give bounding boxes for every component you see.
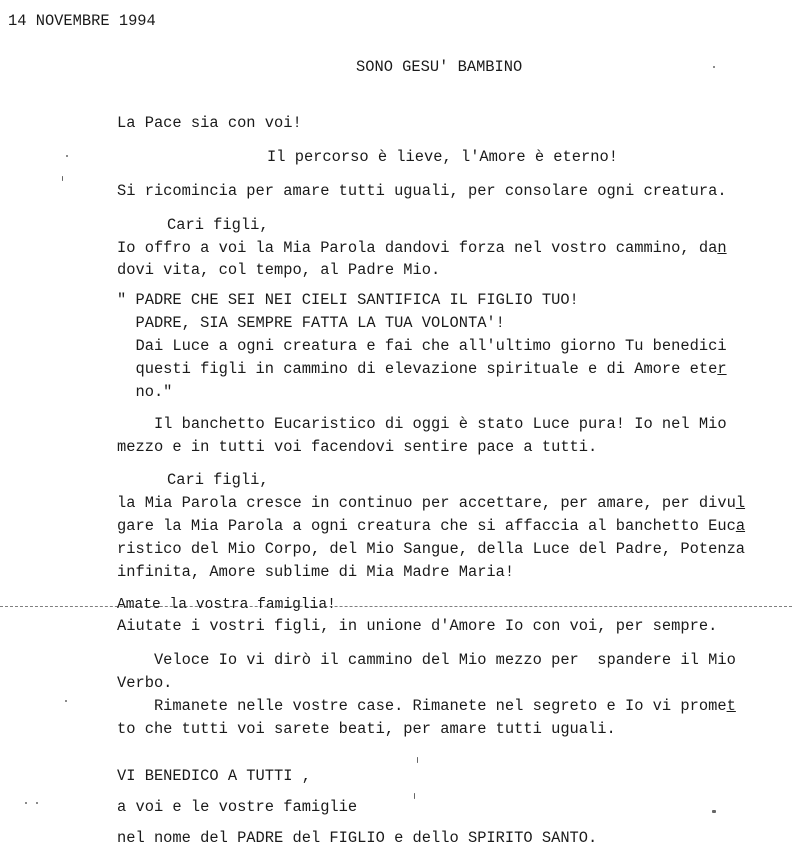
underlined-char: t — [727, 697, 736, 715]
salutation-2: Cari figli, — [167, 471, 269, 489]
scan-speck — [25, 802, 27, 804]
scan-speck — [713, 66, 715, 68]
underlined-char: n — [717, 239, 726, 257]
motto-line: Il percorso è lieve, l'Amore è eterno! — [267, 148, 618, 166]
underlined-char: a — [736, 517, 745, 535]
paragraph-5-line-2: to che tutti voi sarete beati, per amare… — [117, 720, 616, 738]
document-date: 14 NOVEMBRE 1994 — [8, 12, 156, 30]
scan-speck — [417, 757, 418, 763]
paragraph-4-line-2: Verbo. — [117, 674, 172, 692]
text-segment: la Mia Parola cresce in continuo per acc… — [117, 494, 736, 512]
paragraph-3-line-2: gare la Mia Parola a ogni creatura che s… — [117, 517, 745, 535]
paragraph-2-line-1: Il banchetto Eucaristico di oggi è stato… — [117, 415, 727, 433]
amate-line: Amate la vostra famiglia! — [117, 596, 336, 614]
document-title: SONO GESU' BAMBINO — [356, 58, 522, 76]
greeting-line: La Pace sia con voi! — [117, 114, 302, 132]
paragraph-3-line-1: la Mia Parola cresce in continuo per acc… — [117, 494, 745, 512]
paragraph-1-line-2: dovi vita, col tempo, al Padre Mio. — [117, 261, 440, 279]
intro-line: Si ricomincia per amare tutti uguali, pe… — [117, 182, 727, 200]
scan-speck — [66, 155, 68, 157]
paragraph-4-line-1: Veloce Io vi dirò il cammino del Mio mez… — [117, 651, 736, 669]
text-segment: gare la Mia Parola a ogni creatura che s… — [117, 517, 736, 535]
scan-speck — [712, 810, 716, 813]
blessing-line-3: nel nome del PADRE del FIGLIO e dello SP… — [117, 829, 597, 847]
paragraph-5-line-1: Rimanete nelle vostre case. Rimanete nel… — [117, 697, 736, 715]
aiutate-line: Aiutate i vostri figli, in unione d'Amor… — [117, 617, 717, 635]
text-segment: Io offro a voi la Mia Parola dandovi for… — [117, 239, 717, 257]
paragraph-3-line-3: ristico del Mio Corpo, del Mio Sangue, d… — [117, 540, 745, 558]
text-segment: Rimanete nelle vostre case. Rimanete nel… — [117, 697, 727, 715]
prayer-line-3: Dai Luce a ogni creatura e fai che all'u… — [117, 337, 727, 355]
text-segment: questi figli in cammino di elevazione sp… — [117, 360, 717, 378]
blessing-line-1: VI BENEDICO A TUTTI , — [117, 767, 311, 785]
underlined-char: l — [736, 494, 745, 512]
paragraph-1-line-1: Io offro a voi la Mia Parola dandovi for… — [117, 239, 727, 257]
prayer-line-2: PADRE, SIA SEMPRE FATTA LA TUA VOLONTA'! — [117, 314, 505, 332]
underlined-char: r — [717, 360, 726, 378]
blessing-line-2: a voi e le vostre famiglie — [117, 798, 357, 816]
scan-speck — [65, 700, 67, 702]
scan-speck — [62, 176, 63, 181]
prayer-line-1: " PADRE CHE SEI NEI CIELI SANTIFICA IL F… — [117, 291, 579, 309]
prayer-line-5: no." — [117, 383, 172, 401]
scan-speck — [414, 793, 415, 799]
paragraph-3-line-4: infinita, Amore sublime di Mia Madre Mar… — [117, 563, 514, 581]
prayer-line-4: questi figli in cammino di elevazione sp… — [117, 360, 727, 378]
scan-speck — [36, 802, 38, 804]
salutation-1: Cari figli, — [167, 216, 269, 234]
paragraph-2-line-2: mezzo e in tutti voi facendovi sentire p… — [117, 438, 597, 456]
